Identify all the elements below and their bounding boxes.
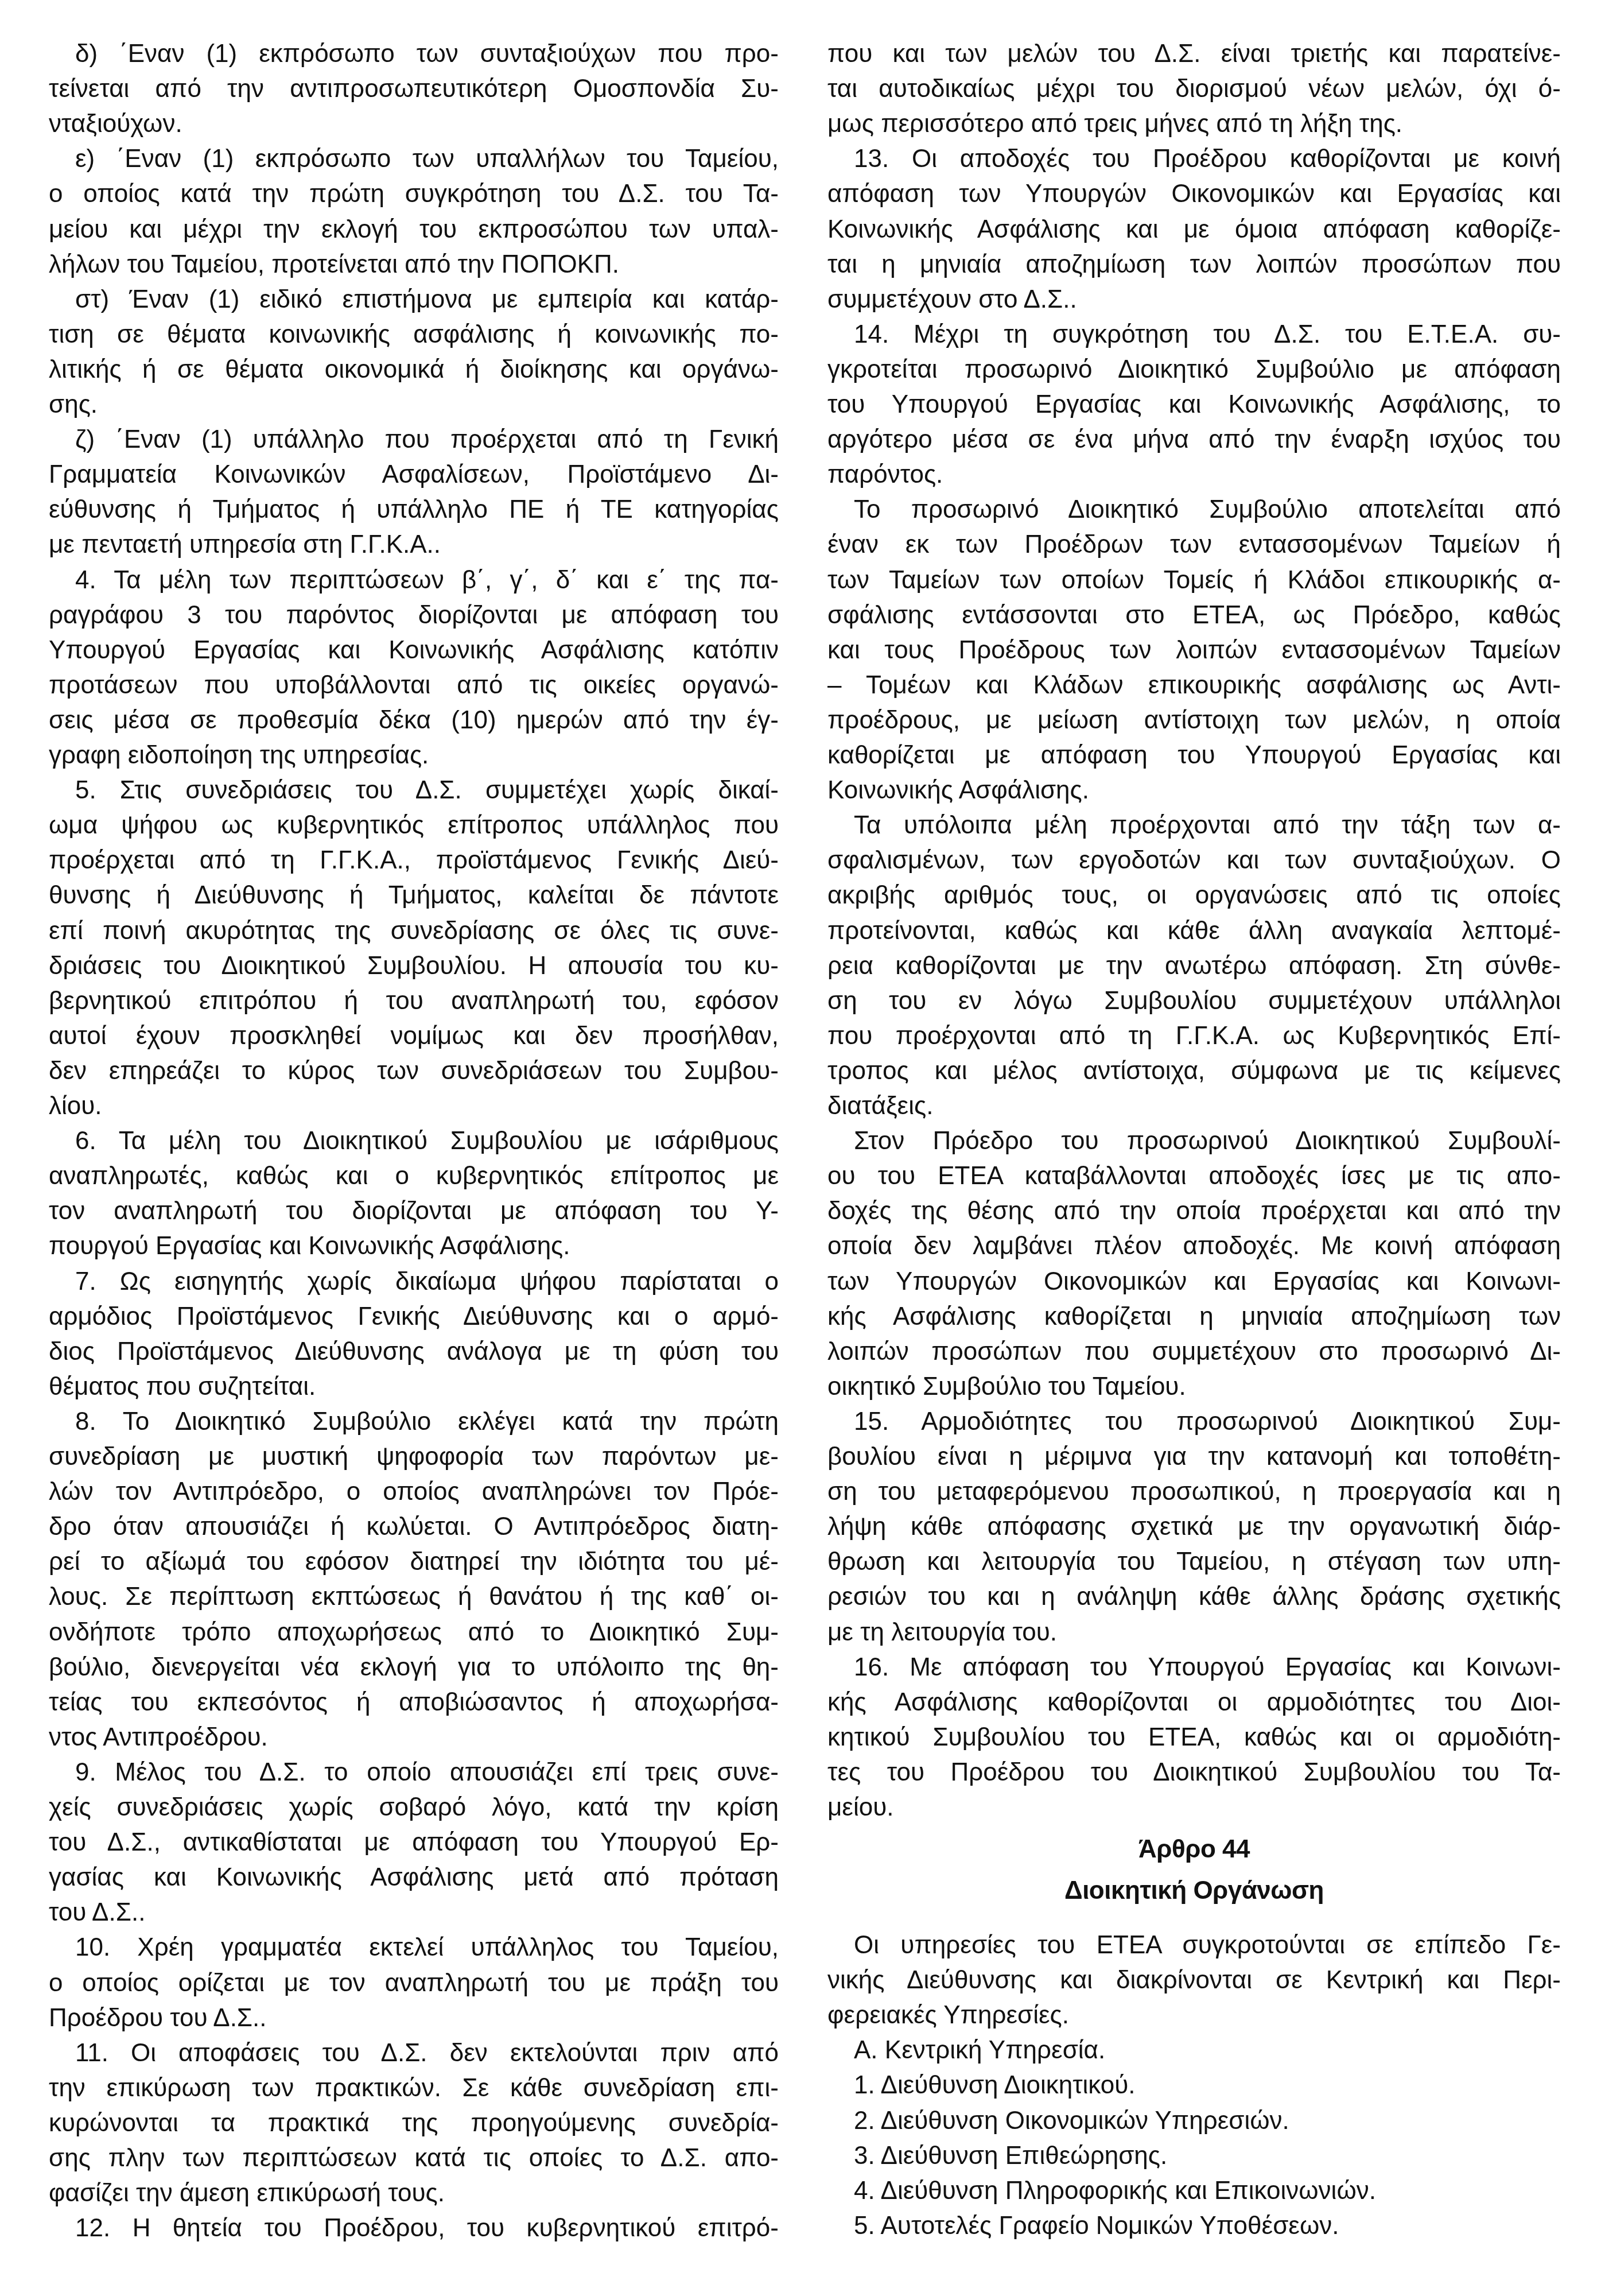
text-line: θέματος που συζητείται.	[49, 1369, 779, 1404]
text-line: λήψη κάθε απόφασης σχετικά με την οργανω…	[827, 1509, 1561, 1544]
text-line: βερνητικού επιτρόπου ή του αναπληρωτή το…	[49, 983, 779, 1018]
text-line: καθορίζεται με απόφαση του Υπουργού Εργα…	[827, 738, 1561, 773]
text-line: ρεσιών του και η ανάληψη κάθε άλλης δράσ…	[827, 1579, 1561, 1614]
text-line: αργότερο μέσα σε ένα μήνα από την έναρξη…	[827, 422, 1561, 457]
text-line: προτείνονται, καθώς και κάθε άλλη αναγκα…	[827, 913, 1561, 948]
text-line: με πενταετή υπηρεσία στη Γ.Γ.Κ.Α..	[49, 527, 779, 562]
text-line: λήλων του Ταμείου, προτείνεται από την Π…	[49, 247, 779, 282]
text-line: 14. Μέχρι τη συγκρότηση του Δ.Σ. του Ε.Τ…	[827, 317, 1561, 352]
text-line: διος Προϊστάμενος Διεύθυνσης ανάλογα με …	[49, 1334, 779, 1369]
text-line: των Ταμείων των οποίων Τομείς ή Κλάδοι ε…	[827, 563, 1561, 598]
text-line: διατάξεις.	[827, 1088, 1561, 1123]
text-line: γκροτείται προσωρινό Διοικητικό Συμβούλι…	[827, 352, 1561, 387]
text-line: λοιπών προσώπων που συμμετέχουν στο προσ…	[827, 1334, 1561, 1369]
text-line: 6. Τα μέλη του Διοικητικού Συμβουλίου με…	[49, 1123, 779, 1158]
text-line: ζ) ΄Εναν (1) υπάλληλο που προέρχεται από…	[49, 422, 779, 457]
text-line: ται η μηνιαία αποζημίωση των λοιπών προσ…	[827, 247, 1561, 282]
text-line: απόφαση των Υπουργών Οικονομικών και Εργ…	[827, 176, 1561, 211]
text-line: λιτικής ή σε θέματα οικονομικά ή διοίκησ…	[49, 352, 779, 387]
text-line: λους. Σε περίπτωση εκπτώσεως ή θανάτου ή…	[49, 1579, 779, 1614]
text-line: 9. Μέλος του Δ.Σ. το οποίο απουσιάζει επ…	[49, 1755, 779, 1790]
text-line: σφάλισης εντάσσονται στο ΕΤΕΑ, ως Πρόεδρ…	[827, 598, 1561, 633]
text-line: παρόντος.	[827, 457, 1561, 492]
text-line: 5. Αυτοτελές Γραφείο Νομικών Υποθέσεων.	[827, 2208, 1561, 2243]
text-line: επί ποινή ακυρότητας της συνεδρίασης σε …	[49, 913, 779, 948]
text-line: πουργού Εργασίας και Κοινωνικής Ασφάλιση…	[49, 1228, 779, 1263]
text-line: φερειακές Υπηρεσίες.	[827, 1998, 1561, 2033]
text-line: φασίζει την άμεση επικύρωσή τους.	[49, 2175, 779, 2210]
text-line: σεις μέσα σε προθεσμία δέκα (10) ημερών …	[49, 703, 779, 738]
text-line: Κοινωνικής Ασφάλισης και με όμοια απόφασ…	[827, 212, 1561, 247]
text-line: προέδρους, με μείωση αντίστοιχη των μελώ…	[827, 703, 1561, 738]
text-line: ραγράφου 3 του παρόντος διορίζονται με α…	[49, 598, 779, 633]
text-line: ση του μεταφερόμενου προσωπικού, η προερ…	[827, 1474, 1561, 1509]
text-line: συμμετέχουν στο Δ.Σ..	[827, 282, 1561, 317]
article-title-heading: Διοικητική Οργάνωση	[827, 1873, 1561, 1908]
text-line: αρμόδιος Προϊστάμενος Γενικής Διεύθυνσης…	[49, 1299, 779, 1334]
text-line: Κοινωνικής Ασφάλισης.	[827, 773, 1561, 808]
text-line: δ) ΄Εναν (1) εκπρόσωπο των συνταξιούχων …	[49, 36, 779, 71]
text-line: λίου.	[49, 1088, 779, 1123]
text-line: σφαλισμένων, των εργοδοτών και των συντα…	[827, 843, 1561, 878]
text-line: και τους Προέδρους των λοιπών εντασσομέν…	[827, 633, 1561, 668]
text-line: 15. Αρμοδιότητες του προσωρινού Διοικητι…	[827, 1404, 1561, 1439]
text-line: στ) Έναν (1) ειδικό επιστήμονα με εμπειρ…	[49, 282, 779, 317]
text-line: οποία δεν λαμβάνει πλέον αποδοχές. Με κο…	[827, 1228, 1561, 1263]
text-line: μως περισσότερο από τρεις μήνες από τη λ…	[827, 106, 1561, 141]
text-line: 4. Διεύθυνση Πληροφορικής και Επικοινωνι…	[827, 2173, 1561, 2208]
text-line: την επικύρωση των πρακτικών. Σε κάθε συν…	[49, 2070, 779, 2105]
text-line: συνεδρίαση με μυστική ψηφοφορία των παρό…	[49, 1439, 779, 1474]
text-line: Το προσωρινό Διοικητικό Συμβούλιο αποτελ…	[827, 492, 1561, 527]
text-line: ακριβής αριθμός τους, οι οργανώσεις από …	[827, 878, 1561, 913]
text-line: τον αναπληρωτή του διορίζονται με απόφασ…	[49, 1193, 779, 1228]
text-line: των Υπουργών Οικονομικών και Εργασίας κα…	[827, 1264, 1561, 1299]
text-line: κυρώνονται τα πρακτικά της προηγούμενης …	[49, 2105, 779, 2140]
text-line: μείου και μέχρι την εκλογή του εκπροσώπο…	[49, 212, 779, 247]
text-line: θυνσης ή Διεύθυνσης ή Τμήματος, καλείται…	[49, 878, 779, 913]
text-line: προτάσεων που υποβάλλονται από τις οικεί…	[49, 668, 779, 703]
text-line: ε) ΄Εναν (1) εκπρόσωπο των υπαλλήλων του…	[49, 141, 779, 176]
text-line: γραφη ειδοποίηση της υπηρεσίας.	[49, 738, 779, 773]
text-line: τείας του εκπεσόντος ή αποβιώσαντος ή απ…	[49, 1685, 779, 1720]
text-line: σης πλην των περιπτώσεων κατά τις οποίες…	[49, 2140, 779, 2175]
text-line: βουλίου είναι η μέριμνα για την κατανομή…	[827, 1439, 1561, 1474]
text-line: 7. Ως εισηγητής χωρίς δικαίωμα ψήφου παρ…	[49, 1264, 779, 1299]
text-line: αυτοί έχουν προσκληθεί νομίμως και δεν π…	[49, 1018, 779, 1053]
text-line: του Υπουργού Εργασίας και Κοινωνικής Ασφ…	[827, 387, 1561, 422]
text-line: Τα υπόλοιπα μέλη προέρχονται από την τάξ…	[827, 808, 1561, 843]
text-line: δοχές της θέσης από την οποία προέρχεται…	[827, 1193, 1561, 1228]
text-line: μείου.	[827, 1790, 1561, 1825]
text-line: νταξιούχων.	[49, 106, 779, 141]
text-line: τες του Προέδρου του Διοικητικού Συμβουλ…	[827, 1755, 1561, 1790]
text-line: με τη λειτουργία του.	[827, 1615, 1561, 1650]
text-line: ονδήποτε τρόπο αποχωρήσεως από το Διοικη…	[49, 1615, 779, 1650]
text-line: Υπουργού Εργασίας και Κοινωνικής Ασφάλισ…	[49, 633, 779, 668]
text-line: – Τομέων και Κλάδων επικουρικής ασφάλιση…	[827, 668, 1561, 703]
text-line: 16. Με απόφαση του Υπουργού Εργασίας και…	[827, 1650, 1561, 1685]
text-line: ση του εν λόγω Συμβουλίου συμμετέχουν υπ…	[827, 983, 1561, 1018]
text-line: 13. Οι αποδοχές του Προέδρου καθορίζοντα…	[827, 141, 1561, 176]
text-line: τροπος και μέλος αντίστοιχα, σύμφωνα με …	[827, 1053, 1561, 1088]
text-line: του Δ.Σ..	[49, 1895, 779, 1930]
text-line: Γραμματεία Κοινωνικών Ασφαλίσεων, Προϊστ…	[49, 457, 779, 492]
text-line: 11. Οι αποφάσεις του Δ.Σ. δεν εκτελούντα…	[49, 2035, 779, 2070]
text-line: ντος Αντιπροέδρου.	[49, 1720, 779, 1755]
text-line: τείνεται από την αντιπροσωπευτικότερη Ομ…	[49, 71, 779, 106]
text-line: Α. Κεντρική Υπηρεσία.	[827, 2033, 1561, 2068]
text-line: ωμα ψήφου ως κυβερνητικός επίτροπος υπάλ…	[49, 808, 779, 843]
text-line: οικητικό Συμβούλιο του Ταμείου.	[827, 1369, 1561, 1404]
text-line: προέρχεται από τη Γ.Γ.Κ.Α., προϊστάμενος…	[49, 843, 779, 878]
text-line: τιση σε θέματα κοινωνικής ασφάλισης ή κο…	[49, 317, 779, 352]
text-line: που και των μελών του Δ.Σ. είναι τριετής…	[827, 36, 1561, 71]
text-line: ο οποίος ορίζεται με τον αναπληρωτή του …	[49, 1965, 779, 2000]
text-line: χείς συνεδριάσεις χωρίς σοβαρό λόγο, κατ…	[49, 1790, 779, 1825]
text-line: κής Ασφάλισης καθορίζονται οι αρμοδιότητ…	[827, 1685, 1561, 1720]
document-page: δ) ΄Εναν (1) εκπρόσωπο των συνταξιούχων …	[0, 0, 1605, 2296]
text-line: λών τον Αντιπρόεδρο, ο οποίος αναπληρώνε…	[49, 1474, 779, 1509]
text-line: εύθυνσης ή Τμήματος ή υπάλληλο ΠΕ ή ΤΕ κ…	[49, 492, 779, 527]
text-line: κητικού Συμβουλίου του ΕΤΕΑ, καθώς και ο…	[827, 1720, 1561, 1755]
text-line: δεν επηρεάζει το κύρος των συνεδριάσεων …	[49, 1053, 779, 1088]
text-line: δρο όταν απουσιάζει ή κωλύεται. Ο Αντιπρ…	[49, 1509, 779, 1544]
text-line: γασίας και Κοινωνικής Ασφάλισης μετά από…	[49, 1860, 779, 1895]
text-line: νικής Διεύθυνσης και διακρίνονται σε Κεν…	[827, 1963, 1561, 1998]
text-line: 5. Στις συνεδριάσεις του Δ.Σ. συμμετέχει…	[49, 773, 779, 808]
text-line: 2. Διεύθυνση Οικονομικών Υπηρεσιών.	[827, 2103, 1561, 2138]
text-line: σης.	[49, 387, 779, 422]
text-line: που προέρχονται από τη Γ.Γ.Κ.Α. ως Κυβερ…	[827, 1018, 1561, 1053]
text-line: 8. Το Διοικητικό Συμβούλιο εκλέγει κατά …	[49, 1404, 779, 1439]
text-line: βούλιο, διενεργείται νέα εκλογή για το υ…	[49, 1650, 779, 1685]
text-line: 10. Χρέη γραμματέα εκτελεί υπάλληλος του…	[49, 1930, 779, 1965]
text-line: αναπληρωτές, καθώς και ο κυβερνητικός επ…	[49, 1158, 779, 1193]
text-line: ο οποίος κατά την πρώτη συγκρότηση του Δ…	[49, 176, 779, 211]
text-line: 1. Διεύθυνση Διοικητικού.	[827, 2068, 1561, 2103]
text-line: ται αυτοδικαίως μέχρι του διορισμού νέων…	[827, 71, 1561, 106]
text-line: 3. Διεύθυνση Επιθεώρησης.	[827, 2138, 1561, 2173]
text-line: Προέδρου του Δ.Σ..	[49, 2000, 779, 2035]
text-line: ρεί το αξίωμά του εφόσον διατηρεί την ιδ…	[49, 1544, 779, 1579]
text-line: έναν εκ των Προέδρων των εντασσομένων Τα…	[827, 527, 1561, 562]
text-line: θρωση και λειτουργία του Ταμείου, η στέγ…	[827, 1544, 1561, 1579]
text-line: 4. Τα μέλη των περιπτώσεων β΄, γ΄, δ΄ κα…	[49, 563, 779, 598]
text-line: δριάσεις του Διοικητικού Συμβουλίου. Η α…	[49, 948, 779, 983]
text-line: ρεια καθορίζονται με την ανωτέρω απόφαση…	[827, 948, 1561, 983]
text-line: ου του ΕΤΕΑ καταβάλλονται αποδοχές ίσες …	[827, 1158, 1561, 1193]
text-line: Στον Πρόεδρο του προσωρινού Διοικητικού …	[827, 1123, 1561, 1158]
text-line: Οι υπηρεσίες του ΕΤΕΑ συγκροτούνται σε ε…	[827, 1927, 1561, 1963]
text-line: του Δ.Σ., αντικαθίσταται με απόφαση του …	[49, 1825, 779, 1860]
text-line: 12. Η θητεία του Προέδρου, του κυβερνητι…	[49, 2210, 779, 2245]
article-number-heading: Άρθρο 44	[827, 1832, 1561, 1867]
text-line: κής Ασφάλισης καθορίζεται η μηνιαία αποζ…	[827, 1299, 1561, 1334]
